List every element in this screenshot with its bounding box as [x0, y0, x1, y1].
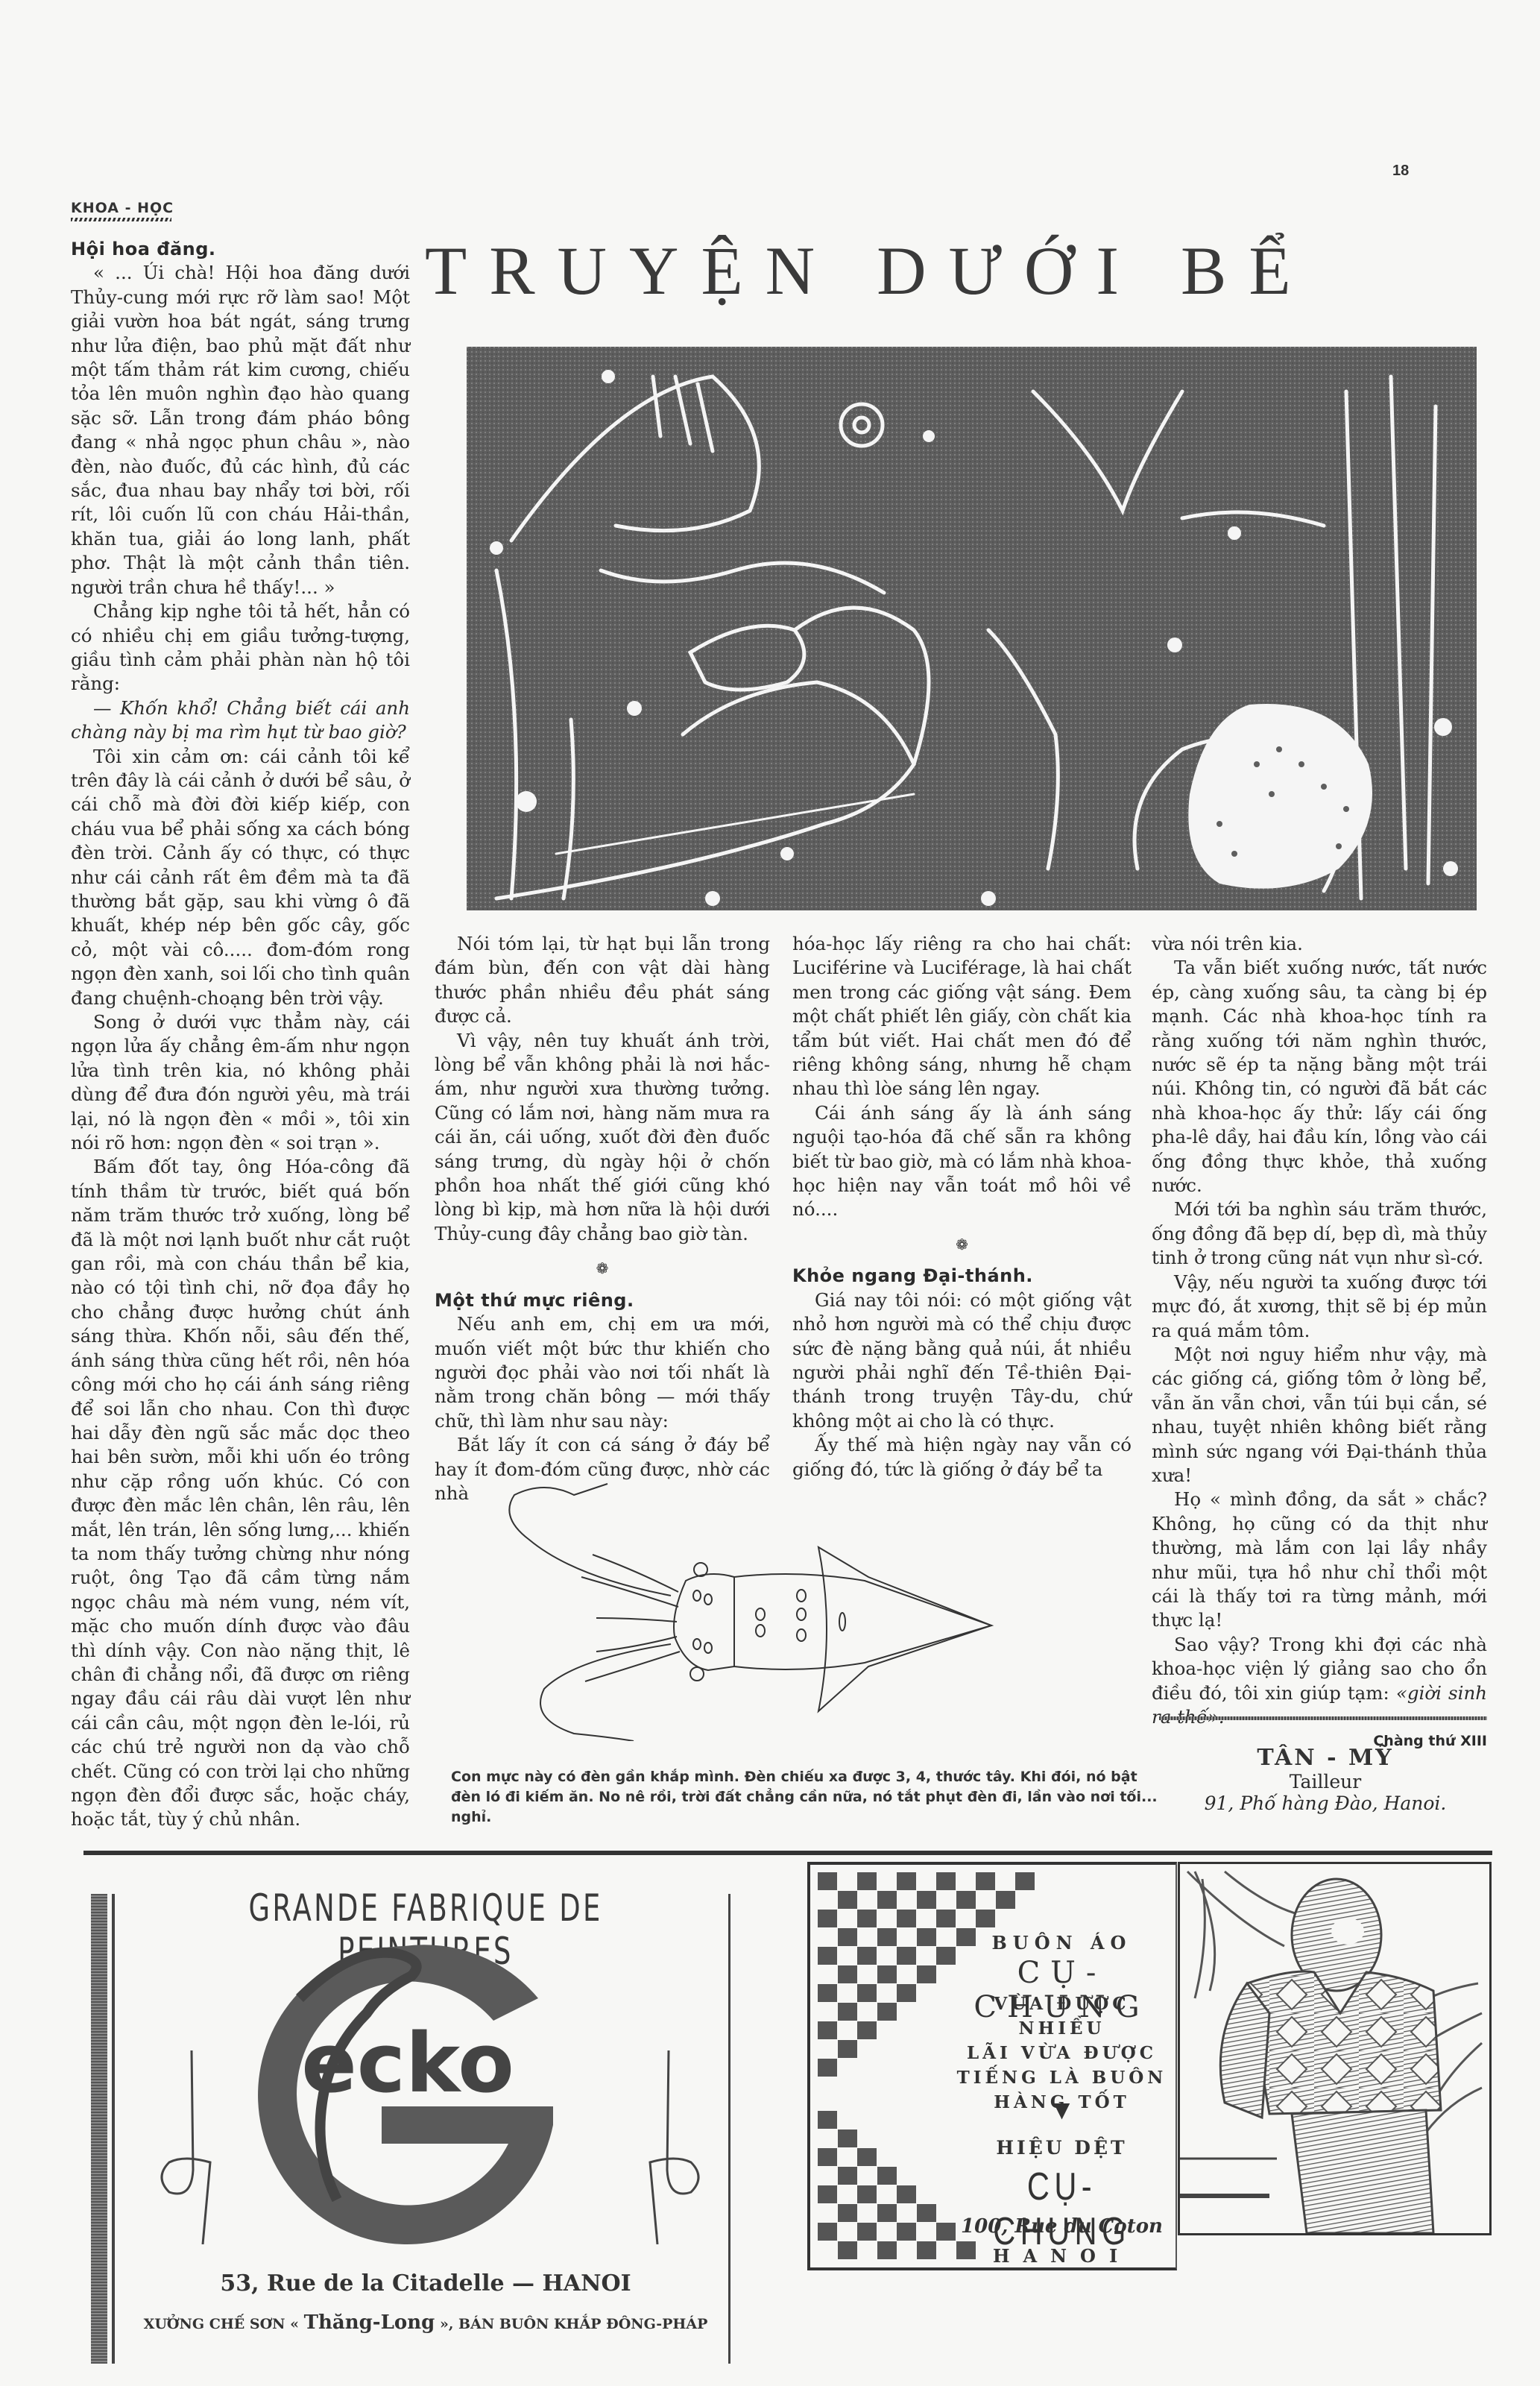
squid-icon — [485, 1465, 1066, 1741]
paragraph-closing: Sao vậy? Trong khi đợi các nhà khoa-học … — [1152, 1633, 1487, 1730]
ad-divider — [1159, 1716, 1487, 1720]
bottom-section-rule — [83, 1851, 1492, 1855]
paragraph: « ... Úi chà! Hội hoa đăng dưới Thủy-cun… — [71, 261, 410, 599]
man-in-argyle-sweater-icon — [1180, 1864, 1489, 2233]
paragraph-italic-quote: — Khốn khổ! Chẳng biết cái anh chàng này… — [71, 696, 410, 745]
paragraph: Song ở dưới vực thẳm này, cái ngọn lửa ấ… — [71, 1010, 410, 1155]
page-title: TRUYỆN DƯỚI BỂ — [425, 231, 1483, 310]
subheading-khoe-ngang-dai-thanh: Khỏe ngang Đại-thánh. — [792, 1264, 1132, 1288]
paragraph: Một nơi nguy hiểm như vậy, mà các giống … — [1152, 1343, 1487, 1488]
decorative-bar — [91, 1894, 107, 2364]
section-label: KHOA - HỌC — [71, 200, 174, 216]
svg-text:ecko: ecko — [301, 2015, 514, 2111]
paragraph: Ta vẫn biết xuống nước, tất nước ép, càn… — [1152, 956, 1487, 1197]
paintbrush-flourish-icon — [646, 2050, 706, 2244]
article-column-1: Hội hoa đăng. « ... Úi chà! Hội hoa đăng… — [71, 237, 410, 1832]
paragraph: Cái ánh sáng ấy là ánh sáng nguội tạo-hó… — [792, 1101, 1132, 1222]
ornament-icon: ❁ — [435, 1256, 770, 1280]
cuchung-line7: HIỆU DỆT — [956, 2137, 1168, 2159]
article-column-4: vừa nói trên kia. Ta vẫn biết xuống nước… — [1152, 932, 1487, 1754]
paintbrush-flourish-icon — [154, 2050, 214, 2244]
paragraph: vừa nói trên kia. — [1152, 932, 1487, 956]
cuchung-slogan: VỪA ĐƯỢC NHIỀU LÃI VỪA ĐƯỢC TIẾNG LÀ BUÔ… — [956, 1992, 1168, 2115]
paragraph: Tôi xin cảm ơn: cái cảnh tôi kể trên đây… — [71, 745, 410, 1010]
sweater-man-illustration — [1178, 1862, 1492, 2235]
tanmy-tailor-ad: TÂN - MỸ Tailleur 91, Phố hàng Đào, Hano… — [1161, 1722, 1489, 1842]
paragraph: Họ « mình đồng, da sắt » chắc? Không, họ… — [1152, 1488, 1487, 1632]
paragraph: hóa-học lấy riêng ra cho hai chất: Lucif… — [792, 932, 1132, 1101]
tanmy-name: TÂN - MỸ — [1161, 1745, 1489, 1771]
gecko-subline: XƯỞNG CHẾ SƠN « Thăng-Long », BÁN BUÔN K… — [128, 2311, 723, 2334]
cuchung-knitwear-ad: BUÔN ÁO CỤ-CHUNG VỪA ĐƯỢC NHIỀU LÃI VỪA … — [807, 1862, 1177, 2270]
paragraph: Bấm đốt tay, ông Hóa-công đã tính thầm t… — [71, 1155, 410, 1831]
squid-illustration — [485, 1465, 1066, 1741]
down-arrow-icon: ▼ — [956, 2097, 1168, 2122]
section-rule — [71, 218, 171, 221]
article-column-2: Nói tóm lại, từ hạt bụi lẫn trong đám bù… — [435, 932, 770, 1505]
gecko-paint-ad: GRANDE FABRIQUE DE PEINTURES ecko 53, Ru… — [83, 1872, 730, 2379]
cuchung-address: 100, Rue du Coton — [956, 2215, 1168, 2238]
sea-creatures-woodcut-icon — [467, 347, 1477, 910]
cuchung-city: HANOI — [956, 2245, 1168, 2267]
article-column-3: hóa-học lấy riêng ra cho hai chất: Lucif… — [792, 932, 1132, 1482]
squid-caption: Con mực này có đèn gần khắp mình. Đèn ch… — [451, 1767, 1167, 1828]
gecko-address: 53, Rue de la Citadelle — HANOI — [128, 2270, 723, 2297]
brand-thang-long: Thăng-Long — [304, 2311, 435, 2334]
paragraph: Giá nay tôi nói: có một giống vật nhỏ hơ… — [792, 1288, 1132, 1433]
tanmy-role: Tailleur — [1161, 1771, 1489, 1792]
page-number: 18 — [1392, 163, 1409, 180]
subheading-mot-thu-muc-rieng: Một thứ mực riêng. — [435, 1288, 770, 1312]
cuchung-line1: BUÔN ÁO — [956, 1932, 1168, 1954]
decorative-bar — [728, 1894, 730, 2364]
tanmy-address: 91, Phố hàng Đào, Hanoi. — [1161, 1792, 1489, 1814]
paragraph: Mới tới ba nghìn sáu trăm thước, ống đồn… — [1152, 1197, 1487, 1270]
decorative-bar — [112, 1894, 115, 2364]
paragraph: Chẳng kịp nghe tôi tả hết, hẳn có có nhi… — [71, 599, 410, 696]
paragraph: Vì vậy, nên tuy khuất ánh trời, lòng bể … — [435, 1029, 770, 1247]
gecko-logo-icon: ecko — [240, 1931, 568, 2244]
underwater-illustration — [467, 347, 1477, 910]
paragraph: Nếu anh em, chị em ưa mới, muốn viết một… — [435, 1312, 770, 1433]
subheading-hoi-hoa-dang: Hội hoa đăng. — [71, 237, 410, 261]
paragraph: Vậy, nếu người ta xuống được tới mực đó,… — [1152, 1271, 1487, 1343]
paragraph: Nói tóm lại, từ hạt bụi lẫn trong đám bù… — [435, 932, 770, 1029]
cuchung-brand-2: CỤ-CHUNG — [977, 2165, 1147, 2254]
ornament-icon: ❁ — [792, 1233, 1132, 1256]
